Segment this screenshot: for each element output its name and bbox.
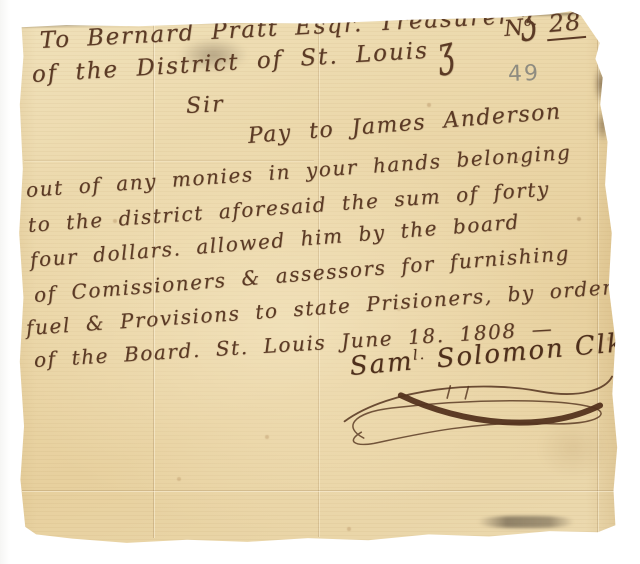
- fold-crease-horizontal-lower: [22, 490, 618, 491]
- pencil-note: 49: [508, 61, 541, 87]
- foxing-specks: [18, 8, 20, 10]
- flourish-icon: ʒ: [629, 317, 640, 370]
- paper-sheet: No. 28 49 To Bernard Pratt Esqr. Treasur…: [18, 8, 622, 544]
- opening-line: Pay to James Anderson: [247, 99, 562, 149]
- bottom-smudge: [478, 516, 574, 528]
- signature-superscript: l.: [412, 347, 426, 364]
- salutation: Sir: [185, 92, 225, 119]
- edge-ink-mark: [594, 64, 610, 104]
- scanned-page-background: No. 28 49 To Bernard Pratt Esqr. Treasur…: [0, 0, 640, 564]
- document-number-value: 28: [545, 7, 586, 41]
- edge-ink-mark: [596, 108, 610, 142]
